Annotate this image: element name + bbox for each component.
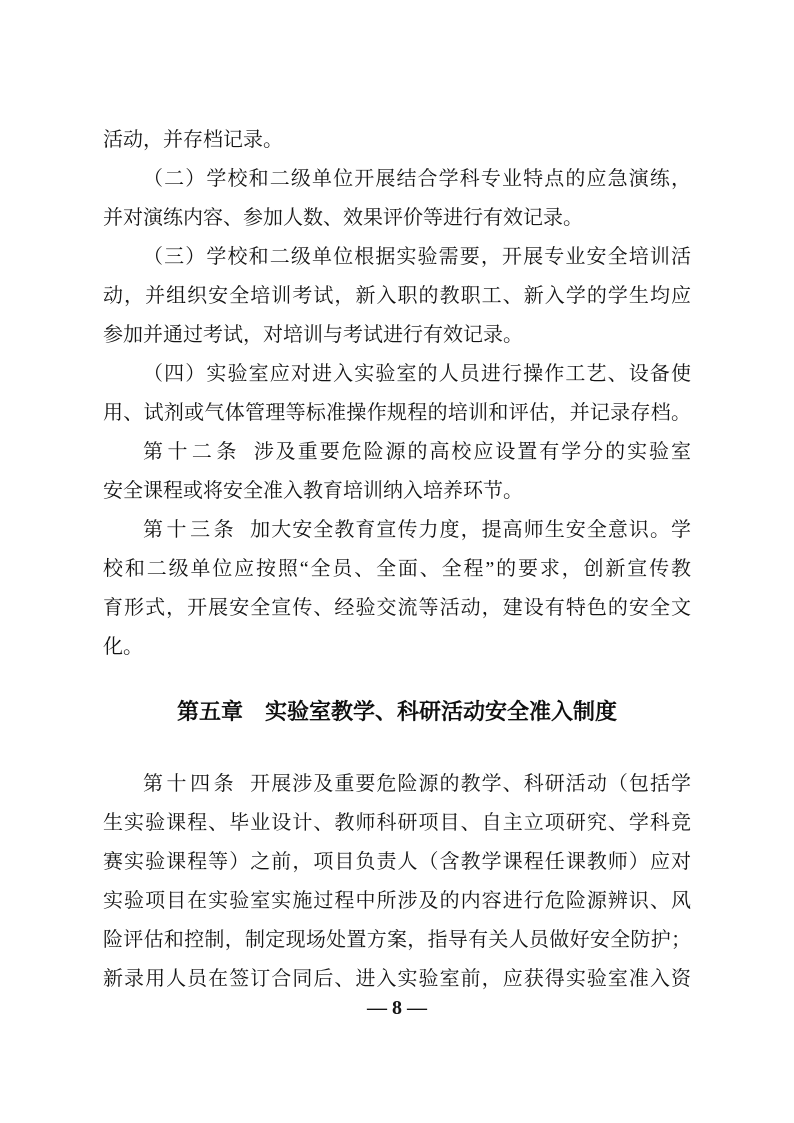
text-line: 新录用人员在签订合同后、进入实验室前，应获得实验室准入资 [103, 960, 691, 999]
text-line: 参加并通过考试，对培训与考试进行有效记录。 [103, 316, 691, 355]
text-line: 安全课程或将安全准入教育培训纳入培养环节。 [103, 472, 691, 511]
line-text: 化。 [103, 636, 143, 658]
line-text: （四）实验室应对进入实验室的人员进行操作工艺、设备使 [143, 363, 691, 385]
text-line-article-14: 第十四条开展涉及重要危险源的教学、科研活动（包括学 [103, 765, 691, 804]
text-line: 动，并组织安全培训考试，新入职的教职工、新入学的学生均应 [103, 277, 691, 316]
line-text: （三）学校和二级单位根据实验需要，开展专业安全培训活 [143, 246, 691, 268]
text-line: （二）学校和二级单位开展结合学科专业特点的应急演练， [103, 160, 691, 199]
line-text: 动，并组织安全培训考试，新入职的教职工、新入学的学生均应 [103, 285, 691, 307]
text-line: 并对演练内容、参加人数、效果评价等进行有效记录。 [103, 199, 691, 238]
chapter-heading: 第五章实验室教学、科研活动安全准入制度 [103, 697, 691, 727]
line-text: 加大安全教育宣传力度，提高师生安全意识。学 [250, 519, 691, 541]
text-line: （四）实验室应对进入实验室的人员进行操作工艺、设备使 [103, 355, 691, 394]
text-line-article-12: 第十二条涉及重要危险源的高校应设置有学分的实验室 [103, 433, 691, 472]
line-text: 开展涉及重要危险源的教学、科研活动（包括学 [250, 773, 691, 795]
page-number: — 8 — [0, 995, 794, 1021]
line-text: 校和二级单位应按照“全员、全面、全程”的要求，创新宣传教 [103, 558, 691, 580]
line-text: 安全课程或将安全准入教育培训纳入培养环节。 [103, 480, 523, 502]
line-text: 参加并通过考试，对培训与考试进行有效记录。 [103, 324, 523, 346]
article-term: 第十四条 [143, 773, 237, 795]
line-text: 用、试剂或气体管理等标准操作规程的培训和评估，并记录存档。 [103, 402, 691, 424]
line-text: 新录用人员在签订合同后、进入实验室前，应获得实验室准入资 [103, 968, 691, 990]
chapter-number: 第五章 [177, 699, 243, 724]
text-line: 赛实验课程等）之前，项目负责人（含教学课程任课教师）应对 [103, 843, 691, 882]
line-text: 实验项目在实验室实施过程中所涉及的内容进行危险源辨识、风 [103, 890, 691, 912]
text-line: 活动，并存档记录。 [103, 121, 691, 160]
line-text: 并对演练内容、参加人数、效果评价等进行有效记录。 [103, 207, 583, 229]
line-text: 涉及重要危险源的高校应设置有学分的实验室 [254, 441, 691, 463]
document-page: 活动，并存档记录。 （二）学校和二级单位开展结合学科专业特点的应急演练， 并对演… [0, 0, 794, 1123]
text-line: 化。 [103, 628, 691, 667]
text-line: 险评估和控制，制定现场处置方案，指导有关人员做好安全防护； [103, 921, 691, 960]
line-text: 生实验课程、毕业设计、教师科研项目、自主立项研究、学科竞 [103, 812, 691, 834]
line-text: 险评估和控制，制定现场处置方案，指导有关人员做好安全防护； [103, 929, 691, 951]
article-term: 第十二条 [143, 441, 241, 463]
text-line-article-13: 第十三条加大安全教育宣传力度，提高师生安全意识。学 [103, 511, 691, 550]
line-text: 活动，并存档记录。 [103, 129, 283, 151]
line-text: 育形式，开展安全宣传、经验交流等活动，建设有特色的安全文 [103, 597, 691, 619]
text-line: 生实验课程、毕业设计、教师科研项目、自主立项研究、学科竞 [103, 804, 691, 843]
text-line: （三）学校和二级单位根据实验需要，开展专业安全培训活 [103, 238, 691, 277]
line-text: 赛实验课程等）之前，项目负责人（含教学课程任课教师）应对 [103, 851, 691, 873]
text-line: 校和二级单位应按照“全员、全面、全程”的要求，创新宣传教 [103, 550, 691, 589]
chapter-title: 实验室教学、科研活动安全准入制度 [265, 699, 617, 724]
text-line: 实验项目在实验室实施过程中所涉及的内容进行危险源辨识、风 [103, 882, 691, 921]
line-text: （二）学校和二级单位开展结合学科专业特点的应急演练， [143, 168, 691, 190]
text-line: 用、试剂或气体管理等标准操作规程的培训和评估，并记录存档。 [103, 394, 691, 433]
text-content: 活动，并存档记录。 （二）学校和二级单位开展结合学科专业特点的应急演练， 并对演… [103, 121, 691, 999]
article-term: 第十三条 [143, 519, 237, 541]
text-line: 育形式，开展安全宣传、经验交流等活动，建设有特色的安全文 [103, 589, 691, 628]
